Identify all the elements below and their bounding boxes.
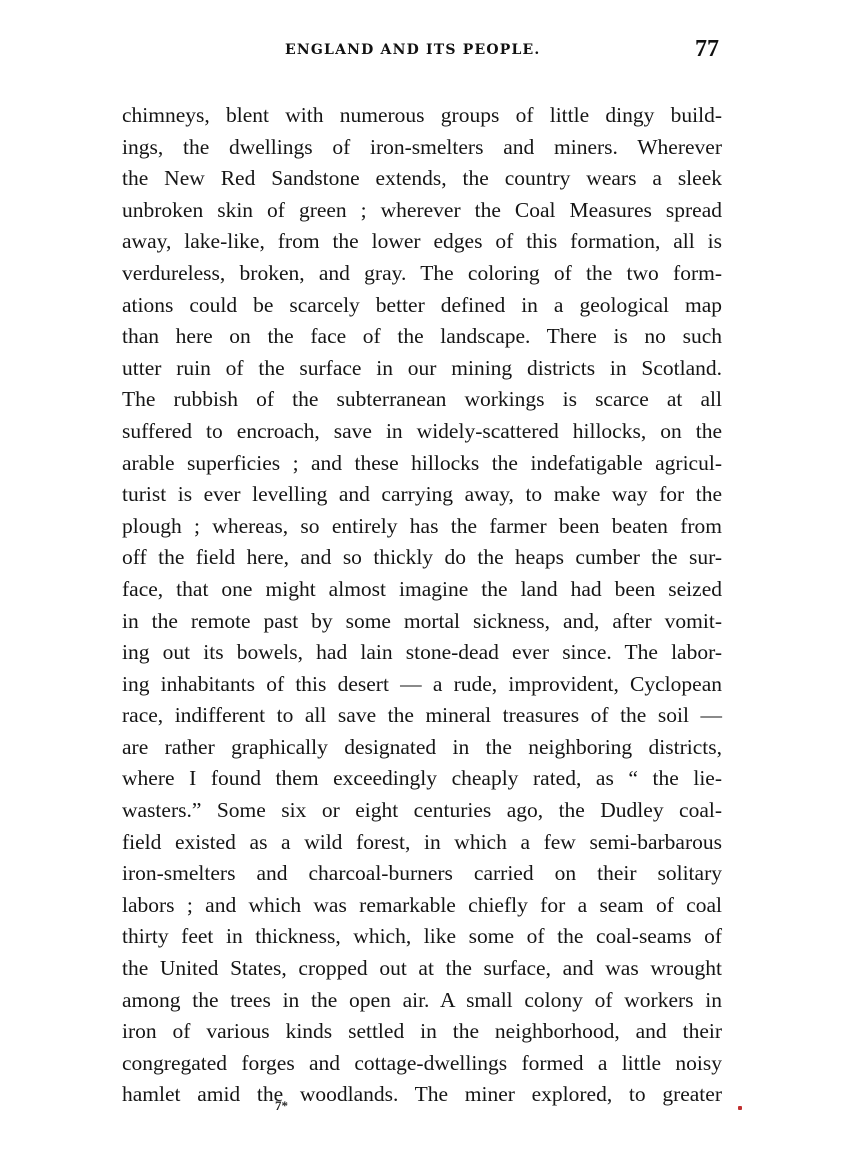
body-text: chimneys, blent with numerous groups of … [122,100,722,1111]
text-line: chimneys, blent with numerous groups of … [122,100,722,132]
text-line: The rubbish of the subterranean workings… [122,384,722,416]
text-line: verdureless, broken, and gray. The color… [122,258,722,290]
text-line: the United States, cropped out at the su… [122,953,722,985]
scan-artifact-mark [738,1106,742,1110]
text-line: thirty feet in thickness, which, like so… [122,921,722,953]
text-line: plough ; whereas, so entirely has the fa… [122,511,722,543]
text-line: utter ruin of the surface in our mining … [122,353,722,385]
text-line: wasters.” Some six or eight centuries ag… [122,795,722,827]
signature-mark: 7* [275,1098,288,1114]
text-line: among the trees in the open air. A small… [122,985,722,1017]
text-line: ing inhabitants of this desert — a rude,… [122,669,722,701]
text-line: ing out its bowels, had lain stone-dead … [122,637,722,669]
running-head-title: ENGLAND AND ITS PEOPLE. [285,42,540,58]
text-line: arable superficies ; and these hillocks … [122,448,722,480]
text-line: ations could be scarcely better defined … [122,290,722,322]
text-line: iron of various kinds settled in the nei… [122,1016,722,1048]
text-line: away, lake-like, from the lower edges of… [122,226,722,258]
text-line: ings, the dwellings of iron-smelters and… [122,132,722,164]
text-line: suffered to encroach, save in widely-sca… [122,416,722,448]
page-number: 77 [695,36,719,63]
text-line: than here on the face of the landscape. … [122,321,722,353]
text-line: labors ; and which was remarkable chiefl… [122,890,722,922]
text-line: in the remote past by some mortal sickne… [122,606,722,638]
text-line: are rather graphically designated in the… [122,732,722,764]
text-line: congregated forges and cottage-dwellings… [122,1048,722,1080]
text-line: the New Red Sandstone extends, the count… [122,163,722,195]
text-line: face, that one might almost imagine the … [122,574,722,606]
text-line: field existed as a wild forest, in which… [122,827,722,859]
text-line: unbroken skin of green ; wherever the Co… [122,195,722,227]
text-line: where I found them exceedingly cheaply r… [122,763,722,795]
text-line: hamlet amid the woodlands. The miner exp… [122,1079,722,1111]
text-line: off the field here, and so thickly do th… [122,542,722,574]
text-line: turist is ever levelling and carrying aw… [122,479,722,511]
text-line: iron-smelters and charcoal-burners carri… [122,858,722,890]
text-line: race, indifferent to all save the minera… [122,700,722,732]
book-page: ENGLAND AND ITS PEOPLE. 77 chimneys, ble… [0,0,850,1150]
